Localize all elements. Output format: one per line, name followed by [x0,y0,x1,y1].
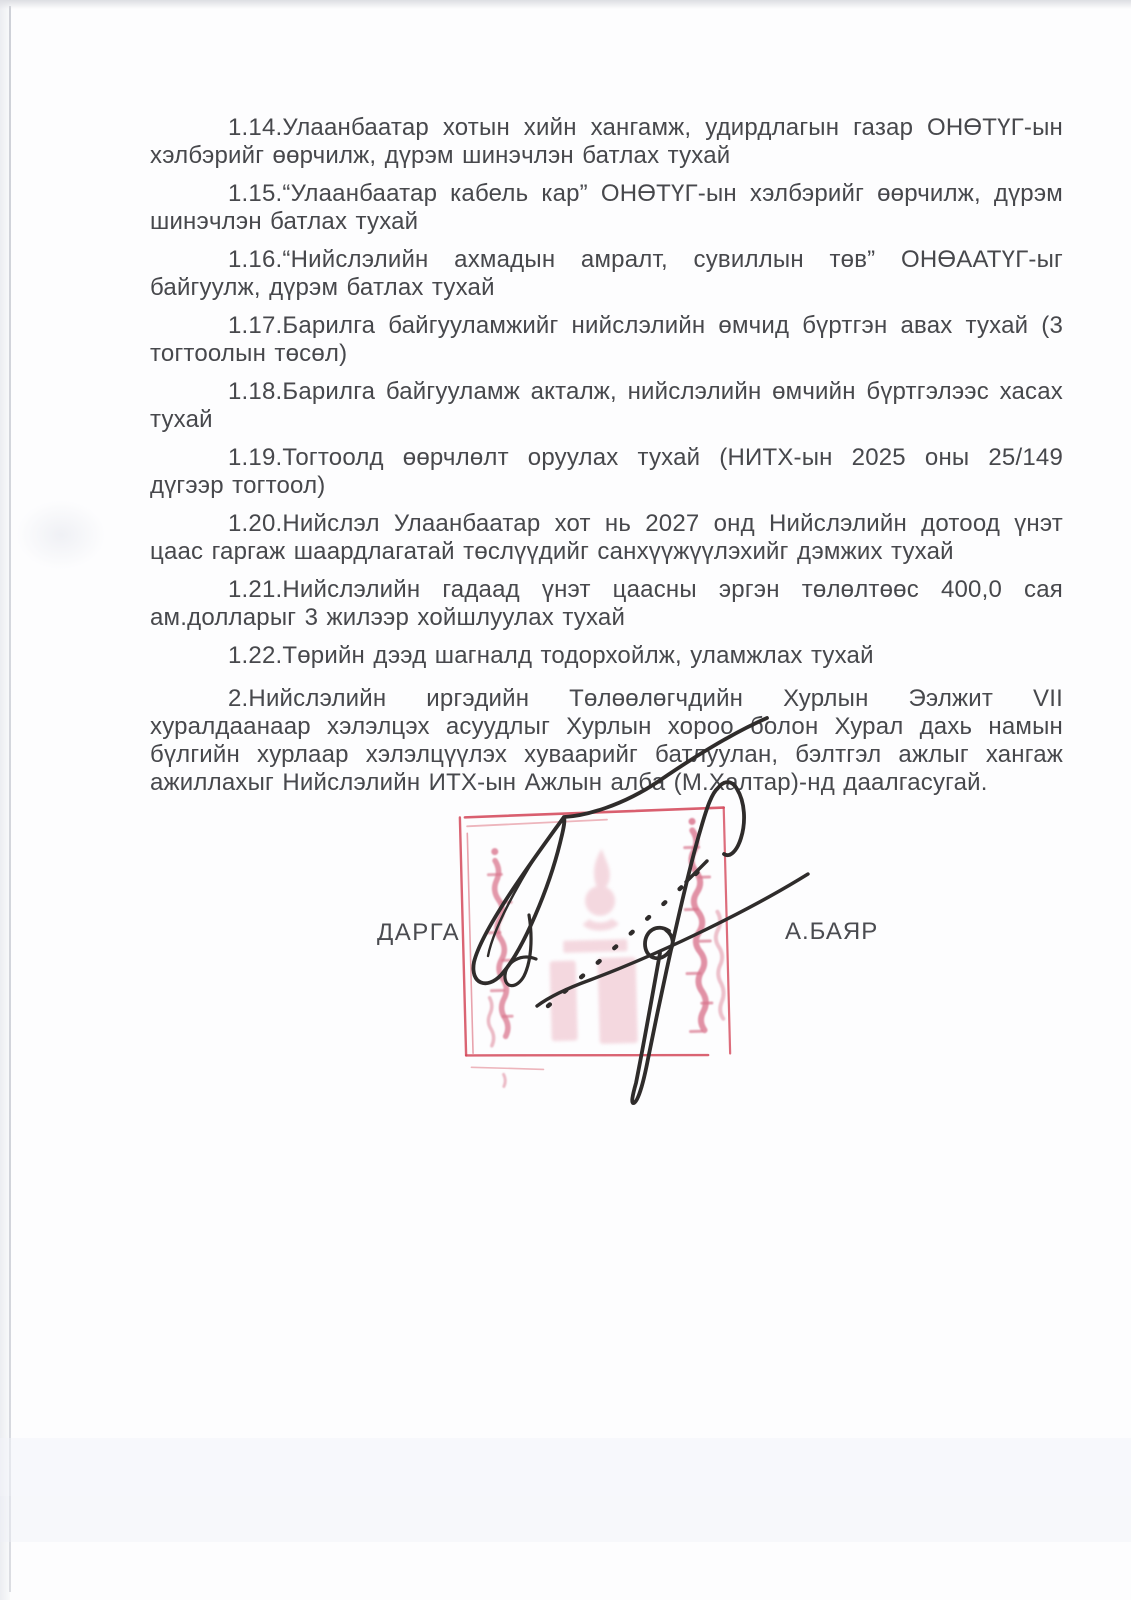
paragraph-1-17: 1.17.Барилга байгууламжийг нийслэлийн өм… [150,312,1063,368]
red-seal-stamp [460,808,731,1088]
soyombo-emblem [547,848,638,1045]
scan-edge-top [0,0,1131,9]
paragraph-1-15: 1.15.“Улаанбаатар кабель кар” ОНӨТҮГ-ын … [150,180,1063,236]
scan-band [0,1496,1131,1542]
signature-ink [473,718,808,1103]
paragraph-1-19: 1.19.Тогтоолд өөрчлөлт оруулах тухай (НИ… [150,444,1063,500]
paragraph-1-21: 1.21.Нийслэлийн гадаад үнэт цаасны эргэн… [150,576,1063,632]
paragraph-1-18: 1.18.Барилга байгууламж акталж, нийслэли… [150,378,1063,434]
paragraph-1-22: 1.22.Төрийн дээд шагналд тодорхойлж, ула… [150,642,1063,670]
paragraph-1-14: 1.14.Улаанбаатар хотын хийн хангамж, уди… [150,114,1063,170]
scan-band [0,1438,1131,1496]
paragraph-1-20: 1.20.Нийслэл Улаанбаатар хот нь 2027 онд… [150,510,1063,566]
scanned-document-page: 1.14.Улаанбаатар хотын хийн хангамж, уди… [0,0,1131,1600]
stamp-and-signature-overlay [420,690,890,1210]
scan-smudge [16,500,106,570]
paragraph-1-16: 1.16.“Нийслэлийн ахмадын амралт, сувиллы… [150,246,1063,302]
scan-edge-left-line [9,6,11,1592]
